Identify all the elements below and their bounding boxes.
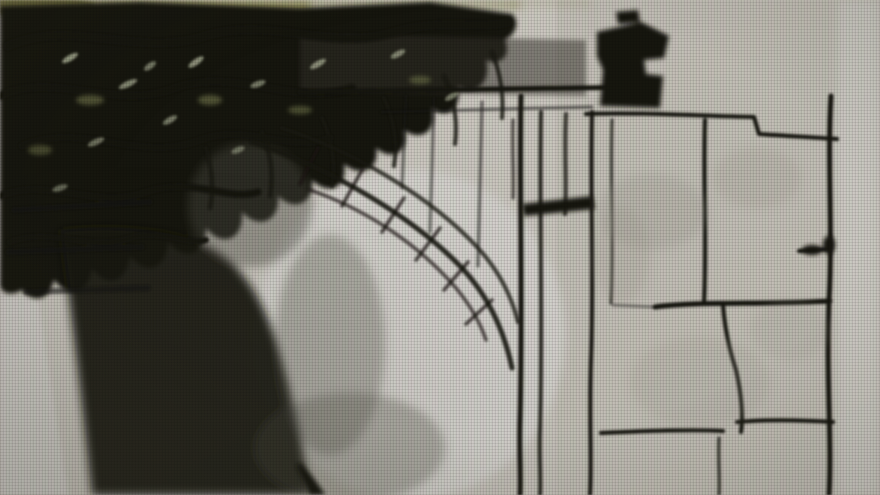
trunk-band (26, 288, 148, 292)
etching-scene: Out-of-focus photograph of a computer mo… (0, 0, 880, 495)
trunk-wash-upper (188, 143, 312, 267)
olive-daub (28, 145, 52, 155)
wall-joint-vertical (719, 438, 720, 495)
mottle-patch (630, 337, 770, 427)
olive-daub (198, 95, 222, 105)
edge-knot (823, 236, 835, 254)
mottle-patch (750, 300, 830, 360)
mottle-patch (712, 148, 802, 208)
wall-right-edge (828, 96, 831, 495)
pier-right-edge (540, 112, 541, 495)
pier-left-edge (520, 96, 521, 495)
wall-joint-vertical (590, 112, 592, 495)
broken-top-block-small (616, 10, 640, 24)
olive-daub (76, 95, 104, 105)
olive-daub (288, 106, 312, 114)
paper-right-margin (838, 0, 880, 495)
edge-knot (802, 245, 822, 255)
olive-daub (409, 76, 431, 84)
mottle-patch (594, 207, 650, 303)
photographed-drawing: Out-of-focus photograph of a computer mo… (0, 0, 880, 495)
wall-joint-horizontal (737, 420, 833, 422)
pier-inner-line (513, 120, 514, 198)
